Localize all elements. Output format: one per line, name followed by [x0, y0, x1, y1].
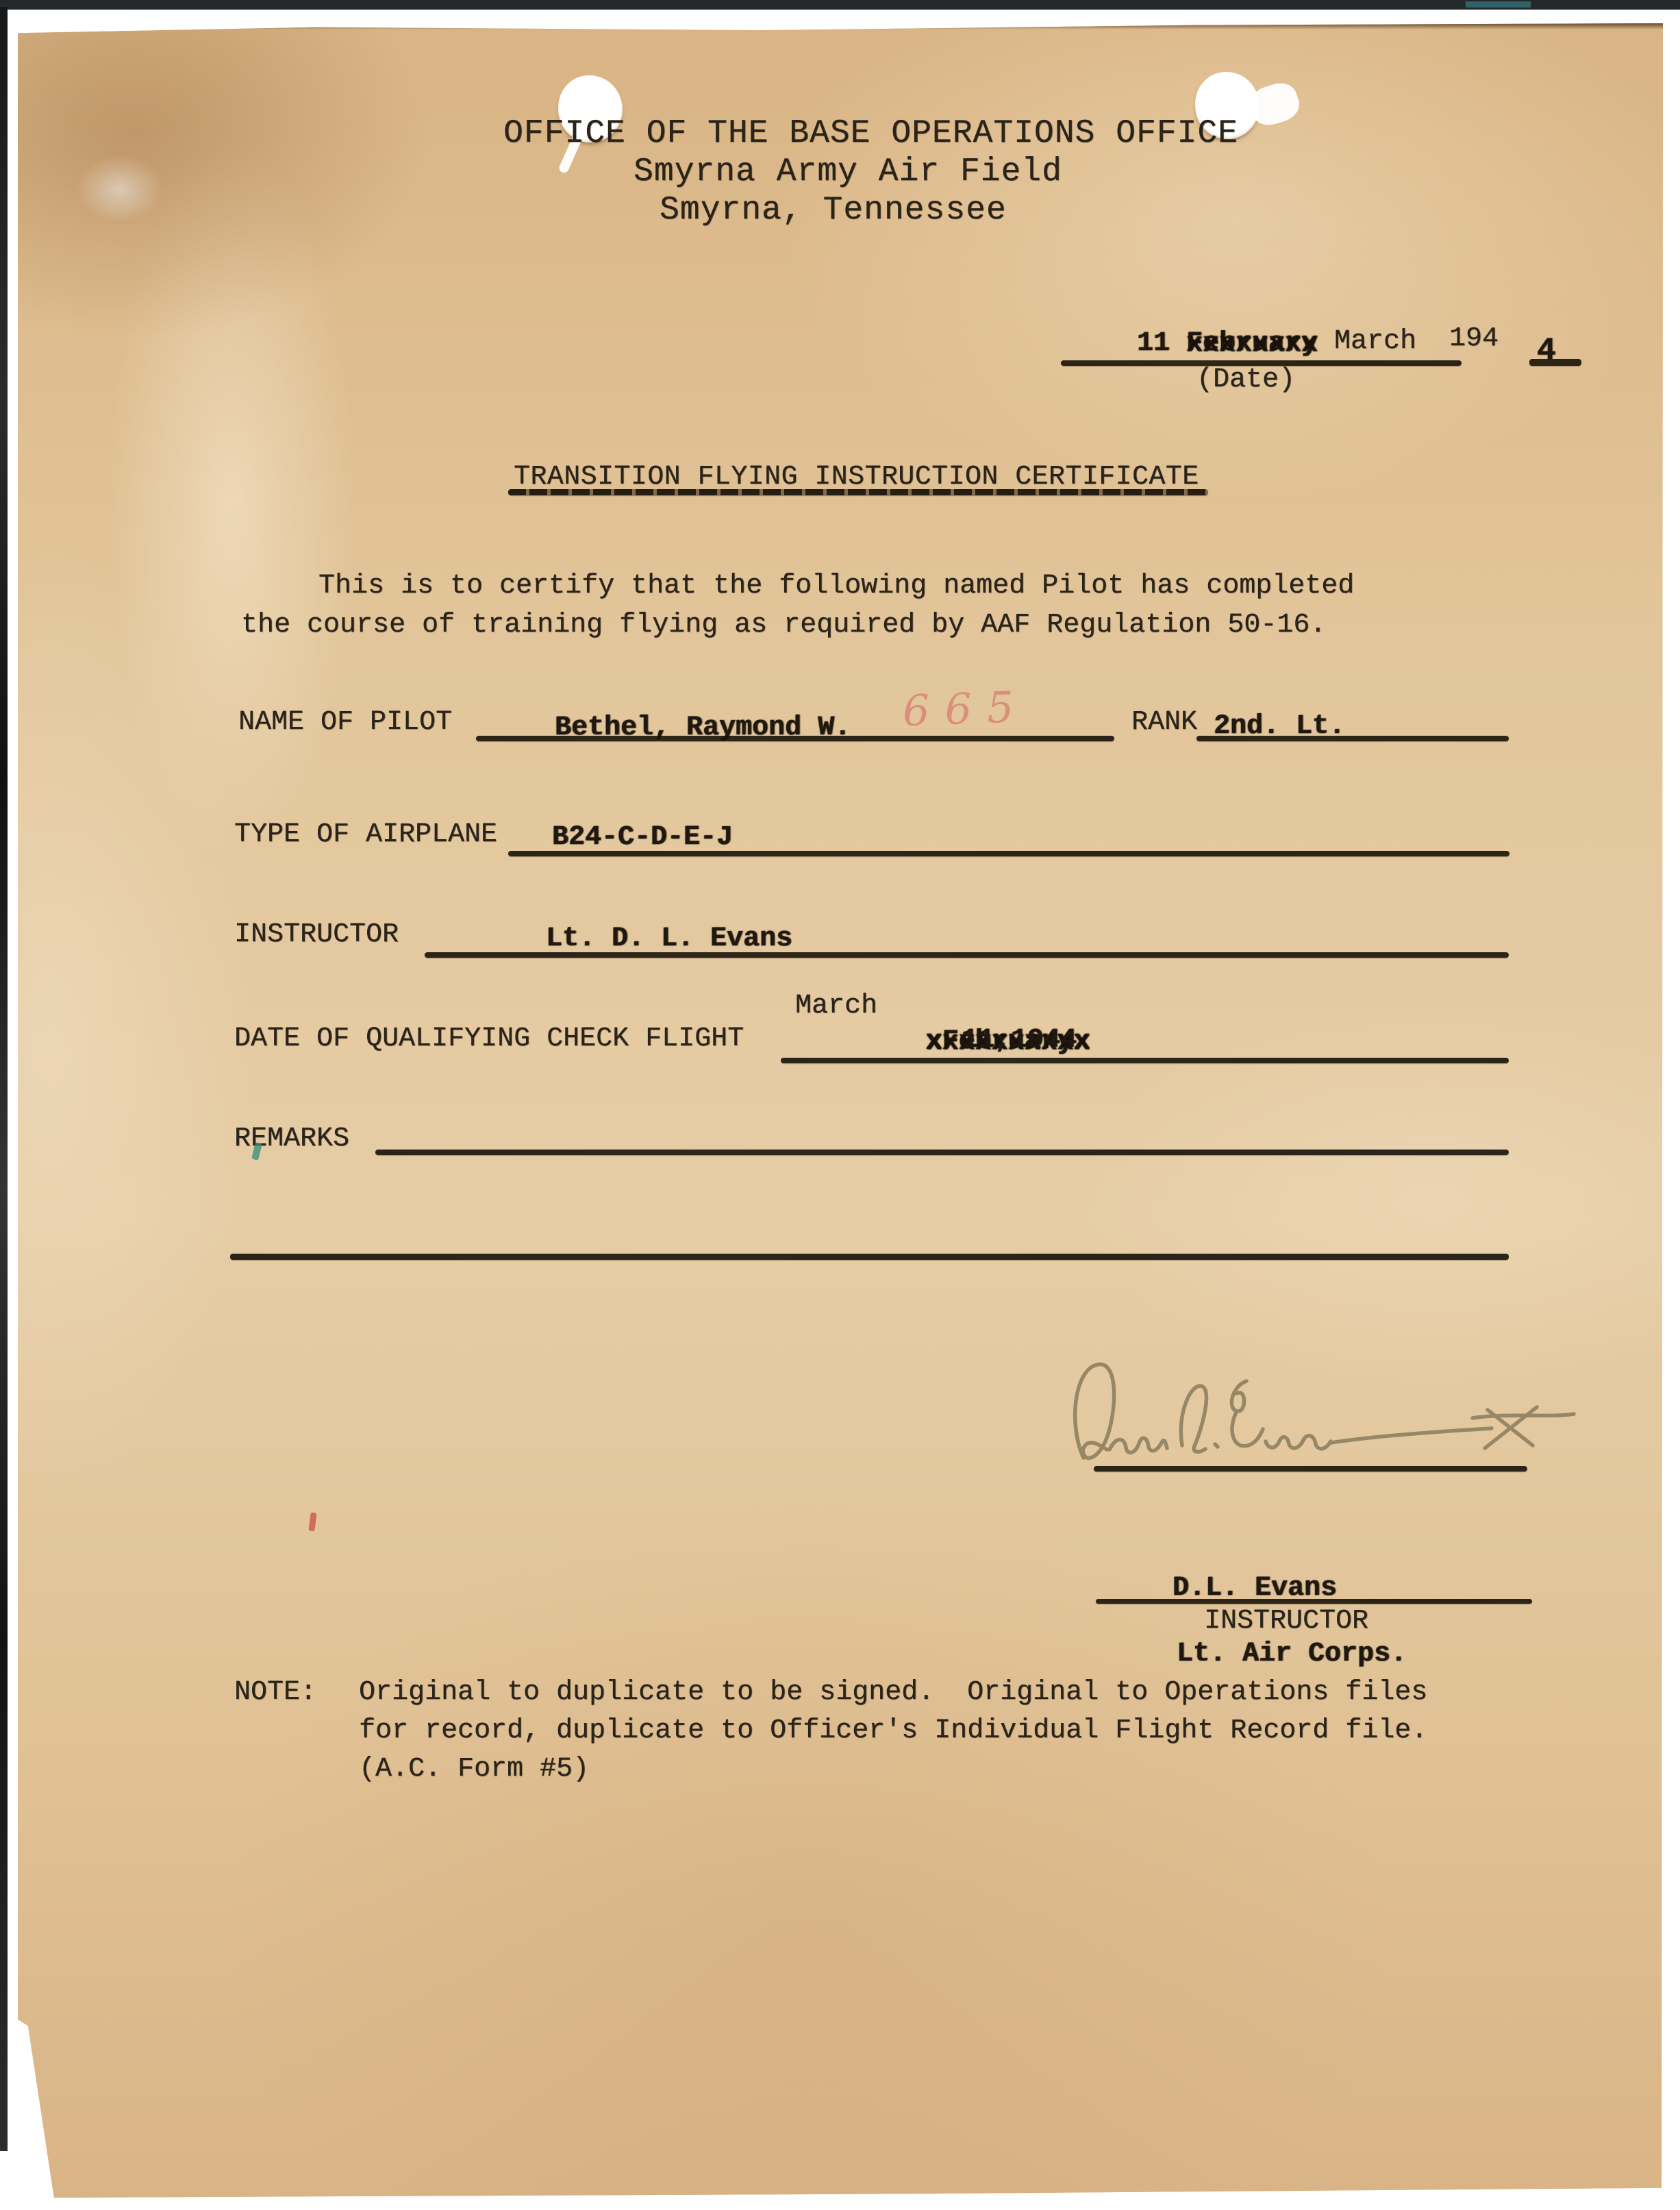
letterhead-city: Smyrna, Tennessee — [660, 192, 1007, 229]
handwritten-signature — [1048, 1341, 1596, 1485]
instructor-value: Lt. D. L. Evans — [546, 923, 792, 955]
letterhead-field: Smyrna Army Air Field — [634, 153, 1062, 190]
date-struck-month: Februaryxxxxxxxx — [1186, 328, 1318, 360]
date-caption: (Date) — [1196, 364, 1295, 396]
name-underline — [476, 736, 1114, 741]
check-flight-label: DATE OF QUALIFYING CHECK FLIGHT — [234, 1023, 744, 1055]
airplane-label: TYPE OF AIRPLANE — [234, 819, 497, 851]
remarks-underline-2 — [230, 1254, 1509, 1260]
signer-rank: Lt. Air Corps. — [1177, 1639, 1407, 1670]
check-flight-underline — [781, 1058, 1509, 1063]
date-month: March — [1334, 326, 1416, 358]
scanned-certificate: OFFICE OF THE BASE OPERATIONS OFFICE Smy… — [0, 0, 1680, 2210]
instructor-underline — [425, 952, 1509, 958]
date-day: 11 — [1137, 328, 1170, 360]
name-red-annotation: 665 — [902, 682, 1030, 736]
paper-torn-top-edge — [18, 23, 1663, 29]
check-flight-value: 11,1944 — [962, 1025, 1077, 1056]
scanner-edge-left — [0, 7, 8, 2151]
note-label: NOTE: — [234, 1677, 316, 1709]
remarks-underline — [375, 1150, 1509, 1155]
rank-underline — [1196, 736, 1509, 741]
date-year: 194 — [1449, 323, 1499, 355]
instructor-label: INSTRUCTOR — [234, 919, 399, 951]
note-line-2: for record, duplicate to Officer's Indiv… — [359, 1715, 1427, 1747]
rank-label: RANK — [1131, 707, 1197, 738]
airplane-underline — [508, 851, 1509, 856]
airplane-value: B24-C-D-E-J — [552, 822, 733, 854]
note-line-1: Original to duplicate to be signed. Orig… — [359, 1677, 1427, 1709]
name-label: NAME OF PILOT — [238, 707, 452, 738]
signer-role: INSTRUCTOR — [1204, 1606, 1368, 1637]
signature-line — [1094, 1466, 1527, 1472]
note-line-3: (A.C. Form #5) — [359, 1754, 589, 1785]
title-underline — [508, 489, 1208, 495]
scanner-edge-top — [0, 0, 1680, 10]
date-digit-underline — [1529, 359, 1581, 366]
body-line-2: the course of training flying as require… — [241, 610, 1326, 641]
strikeover-x-marks: xxxxxxxx — [1186, 329, 1318, 360]
body-line-1: This is to certify that the following na… — [318, 571, 1354, 602]
remarks-label: REMARKS — [234, 1123, 349, 1155]
typed-name-underline — [1096, 1599, 1532, 1604]
check-flight-correction: March — [795, 991, 877, 1022]
letterhead-office: OFFICE OF THE BASE OPERATIONS OFFICE — [503, 115, 1238, 152]
scanner-edge-artifact — [1466, 1, 1531, 8]
